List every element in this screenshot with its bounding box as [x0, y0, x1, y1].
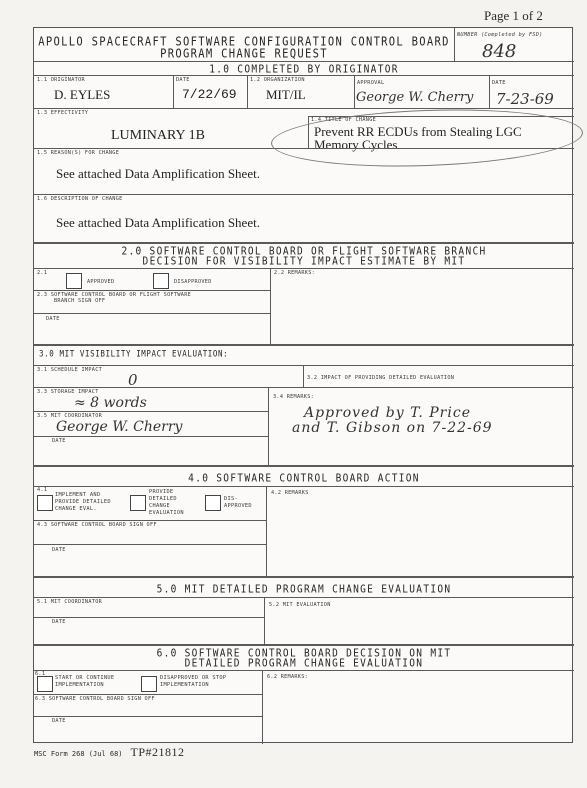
- form-title-line1: APOLLO SPACECRAFT SOFTWARE CONFIGURATION…: [34, 36, 454, 48]
- section2-signoff-label-line2: BRANCH SIGN OFF: [54, 298, 105, 304]
- disapproved-label: DISAPPROVED: [174, 279, 212, 285]
- start-or-continue-checkbox[interactable]: [37, 676, 53, 692]
- decision-2-1-label: 2.1: [37, 270, 47, 276]
- section5-heading: 5.0 MIT DETAILED PROGRAM CHANGE EVALUATI…: [34, 584, 574, 596]
- section2-date-label: DATE: [46, 316, 60, 322]
- implement-and-provide-label: IMPLEMENT AND PROVIDE DETAILED CHANGE EV…: [55, 492, 123, 513]
- section6-signoff-label: 6.3 SOFTWARE CONTROL BOARD SIGN OFF: [35, 696, 155, 702]
- form-footer: MSC Form 268 (Jul 68)TP#21812: [34, 745, 185, 760]
- section4-remarks-label: 4.2 REMARKS: [271, 490, 309, 496]
- section6-heading-line2: DETAILED PROGRAM CHANGE EVALUATION: [34, 658, 574, 670]
- approval-signature: George W. Cherry: [356, 90, 473, 105]
- disapproved-4-checkbox[interactable]: [205, 495, 221, 511]
- detailed-eval-impact-label: 3.2 IMPACT OF PROVIDING DETAILED EVALUAT…: [307, 375, 454, 381]
- section4-date-label: DATE: [52, 547, 66, 553]
- originator-label: 1.1 ORIGINATOR: [37, 77, 85, 83]
- mit-evaluation-label: 5.2 MIT EVALUATION: [269, 602, 331, 608]
- origin-date-value: 7/22/69: [182, 87, 237, 102]
- section3-heading: 3.0 MIT VISIBILITY IMPACT EVALUATION:: [39, 348, 228, 360]
- form-id: MSC Form 268 (Jul 68): [34, 750, 123, 758]
- effectivity-value: LUMINARY 1B: [111, 128, 205, 144]
- page-indicator: Page 1 of 2: [484, 8, 543, 24]
- section2-heading-line2: DECISION FOR VISIBILITY IMPACT ESTIMATE …: [34, 256, 574, 268]
- organization-label: 1.2 ORGANIZATION: [250, 77, 305, 83]
- provide-detailed-eval-checkbox[interactable]: [130, 495, 146, 511]
- section6-remarks-label: 6.2 REMARKS:: [267, 674, 308, 680]
- implement-and-provide-checkbox[interactable]: [37, 495, 53, 511]
- tp-number: TP#21812: [131, 745, 185, 759]
- section3-date-label: DATE: [52, 438, 66, 444]
- approved-checkbox[interactable]: [66, 273, 82, 289]
- number-value: 848: [482, 41, 516, 62]
- originator-value: D. EYLES: [54, 87, 110, 103]
- start-or-continue-label: START OR CONTINUE IMPLEMENTATION: [55, 675, 135, 689]
- section3-remarks-label: 3.4 REMARKS:: [273, 394, 314, 400]
- description-value: See attached Data Amplification Sheet.: [56, 215, 260, 231]
- organization-value: MIT/IL: [266, 87, 306, 103]
- section3-remarks-line2: and T. Gibson on 7-22-69: [292, 420, 493, 436]
- number-label: NUMBER (Completed by FSD): [457, 32, 543, 38]
- section2-remarks-label: 2.2 REMARKS:: [274, 270, 315, 276]
- approval-date-value: 7-23-69: [496, 90, 554, 108]
- provide-detailed-eval-label: PROVIDE DETAILED CHANGE EVALUATION: [149, 489, 199, 517]
- reasons-value: See attached Data Amplification Sheet.: [56, 166, 260, 182]
- storage-impact-value: ≈ 8 words: [74, 395, 147, 411]
- disapproved-checkbox[interactable]: [153, 273, 169, 289]
- section6-date-label: DATE: [52, 718, 66, 724]
- form-title-line2: PROGRAM CHANGE REQUEST: [34, 48, 454, 60]
- mit-coordinator-signature: George W. Cherry: [56, 419, 182, 435]
- description-label: 1.6 DESCRIPTION OF CHANGE: [37, 196, 123, 202]
- approval-date-label: DATE: [492, 80, 506, 86]
- section5-date-label: DATE: [52, 619, 66, 625]
- disapproved-or-stop-label: DISAPPROVED OR STOP IMPLEMENTATION: [160, 675, 250, 689]
- date-label: DATE: [176, 77, 190, 83]
- action-4-1-label: 4.1: [37, 487, 47, 493]
- effectivity-label: 1.3 EFFECTIVITY: [37, 110, 88, 116]
- section4-heading: 4.0 SOFTWARE CONTROL BOARD ACTION: [34, 473, 574, 485]
- disapproved-or-stop-checkbox[interactable]: [141, 676, 157, 692]
- reasons-label: 1.5 REASON(S) FOR CHANGE: [37, 150, 119, 156]
- section5-coordinator-label: 5.1 MIT COORDINATOR: [37, 599, 102, 605]
- disapproved-4-label: DIS- APPROVED: [224, 496, 264, 510]
- section4-signoff-label: 4.3 SOFTWARE CONTROL BOARD SIGN OFF: [37, 522, 157, 528]
- approval-label: APPROVAL: [357, 80, 384, 86]
- approved-label: APPROVED: [87, 279, 114, 285]
- schedule-impact-label: 3.1 SCHEDULE IMPACT: [37, 367, 102, 373]
- section3-remarks-line1: Approved by T. Price: [304, 405, 471, 421]
